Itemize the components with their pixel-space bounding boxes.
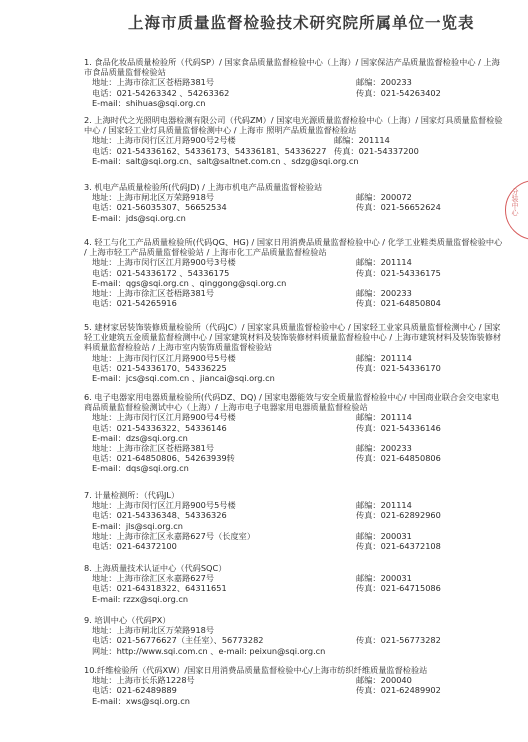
fax: 传真：021-54336170	[356, 363, 441, 373]
unit-entry-3: 3. 机电产品质量检验所(代码JD) / 上海市机电产品质量监督检验站 地址：上…	[84, 182, 504, 223]
phone: 电话：021-54336348、54336326	[92, 510, 227, 520]
unit-entry-2: 2. 上海时代之光照明电器检测有限公司（代码ZM）/ 国家电光源质量监督检验中心…	[84, 115, 504, 166]
address: 地址：上海市闸北区万荣路918号	[92, 192, 214, 202]
address: 地址：上海市长乐路1228号	[92, 675, 195, 685]
address-row: 地址：上海市闸北区万荣路918号邮编：200072	[84, 192, 504, 202]
unit-heading: 2. 上海时代之光照明电器检测有限公司（代码ZM）/ 国家电光源质量监督检验中心…	[84, 115, 504, 135]
address-row: 地址：上海市徐汇区苍梧路381号邮编：200233	[84, 443, 504, 453]
postcode: 邮编：200031	[356, 573, 412, 583]
fax: 传真：021-64850806	[356, 453, 441, 463]
unit-entry-9: 9. 培训中心（代码PX） 地址：上海市闸北区万荣路918号 电话：021-56…	[84, 615, 504, 656]
postcode: 邮编：200233	[356, 77, 412, 87]
fax: 传真：021-62892960	[356, 510, 441, 520]
phone-row: 电话：021-54265916传真：021-64850804	[84, 298, 504, 308]
email-row: E-mail：jds@sqi.org.cn	[84, 213, 504, 223]
address: 地址：上海市徐汇区苍梧路381号	[92, 77, 214, 87]
fax: 传真：021-56773282	[356, 635, 441, 645]
phone-row: 电话：021-54336162、54336173、54336181、543362…	[84, 146, 504, 156]
address-row: 地址：上海市闵行区江月路900号3号楼邮编：201114	[84, 257, 504, 267]
phone-row: 电话：021-54336322、54336146传真：021-54336146	[84, 423, 504, 433]
email-row: E-mail：xws@sqi.org.cn	[84, 696, 504, 706]
unit-heading: 10.纤维检验所（代码XW）/国家日用消费品质量监督检验中心/上海市纺织纤维质量…	[84, 665, 504, 675]
address: 地址：上海市闵行区江月路900号3号楼	[92, 257, 236, 267]
address-row: 地址：上海市徐汇区苍梧路381号邮编：200233	[84, 77, 504, 87]
fax: 传真：021-54337200	[334, 146, 419, 156]
unit-heading: 9. 培训中心（代码PX）	[84, 615, 504, 625]
postcode: 邮编：201114	[356, 500, 412, 510]
unit-heading: 1. 食品化妆品质量检验所（代码SP）/ 国家食品质量监督检验中心（上海）/ 国…	[84, 57, 504, 77]
phone: 电话：021-54336172 、54336175	[92, 268, 229, 278]
email-row: E-mail：dzs@sqi.org.cn	[84, 433, 504, 443]
email-row: E-mail：shihuas@sqi.org.cn	[84, 98, 504, 108]
postcode: 邮编：200040	[356, 675, 412, 685]
address: 地址：上海市闵行区江月路900号2号楼	[92, 135, 236, 145]
address-row: 地址：上海市徐汇区永嘉路627号邮编：200031	[84, 573, 504, 583]
unit-entry-8: 8. 上海质量技术认证中心（代码SQC） 地址：上海市徐汇区永嘉路627号邮编：…	[84, 563, 504, 604]
unit-entry-4: 4. 轻工与化工产品质量检验所(代码QG、HG) / 国家日用消费品质量监督检验…	[84, 237, 504, 308]
phone: 电话：021-54265916	[92, 298, 177, 308]
email: E-mail：qgs@sqi.org.cn 、qinggong@sqi.org.…	[92, 278, 286, 288]
address-row: 地址：上海市闵行区江月路900号5号楼邮编：201114	[84, 353, 504, 363]
unit-heading: 7. 计量检测所：（代码JL）	[84, 490, 504, 500]
phone: 电话：021-54336170、54336225	[92, 363, 227, 373]
email: E-mail：salt@sqi.org.cn、salt@saltnet.com.…	[92, 156, 359, 166]
fax: 传真：021-54263402	[356, 88, 441, 98]
phone-row: 电话：021-62489889传真：021-62489902	[84, 685, 504, 695]
unit-heading: 8. 上海质量技术认证中心（代码SQC）	[84, 563, 504, 573]
phone: 电话：021-64850806、54263939转	[92, 453, 235, 463]
website-row: 网址：http://www.sqi.com.cn 、e-mail: peixun…	[84, 646, 504, 656]
unit-heading: 3. 机电产品质量检验所(代码JD) / 上海市机电产品质量监督检验站	[84, 182, 504, 192]
address: 地址：上海市徐汇区苍梧路381号	[92, 288, 214, 298]
postcode: 邮编：201114	[356, 412, 412, 422]
postcode: 邮编：201114	[356, 257, 412, 267]
seal-stamp-text: 分装中心	[509, 188, 519, 216]
address: 地址：上海市闸北区万荣路918号	[92, 625, 214, 635]
page-title: 上海市质量监督检验技术研究院所属单位一览表	[128, 11, 468, 33]
address: 地址：上海市闵行区江月路900号5号楼	[92, 353, 236, 363]
email: E-mail：jls@sqi.org.cn	[92, 521, 183, 531]
phone: 电话：021-54263342 、54263362	[92, 88, 229, 98]
email-row: E-mail：jcs@sqi.com.cn 、jiancai@sqi.org.c…	[84, 373, 504, 383]
unit-entry-7: 7. 计量检测所：（代码JL） 地址：上海市闵行区江月路900号5号楼邮编：20…	[84, 490, 504, 551]
unit-heading: 6. 电子电器家用电器质量检验所(代码DZ、DQ) / 国家电器能效与安全质量监…	[84, 392, 504, 412]
phone: 电话：021-56776627（主任室）、56773282	[92, 635, 264, 645]
address: 地址：上海市徐汇区苍梧路381号	[92, 443, 214, 453]
address-row: 地址：上海市徐汇区永嘉路627号（长度室）邮编：200031	[84, 531, 504, 541]
phone: 电话：021-64372100	[92, 541, 177, 551]
email: E-mail：jcs@sqi.com.cn 、jiancai@sqi.org.c…	[92, 373, 275, 383]
fax: 传真：021-62489902	[356, 685, 441, 695]
email: E-mail: rzzx@sqi.org.cn	[92, 594, 188, 604]
unit-entry-10: 10.纤维检验所（代码XW）/国家日用消费品质量监督检验中心/上海市纺织纤维质量…	[84, 665, 504, 706]
email-row: E-mail：jls@sqi.org.cn	[84, 521, 504, 531]
unit-entry-1: 1. 食品化妆品质量检验所（代码SP）/ 国家食品质量监督检验中心（上海）/ 国…	[84, 57, 504, 108]
fax: 传真：021-54336175	[356, 268, 441, 278]
address: 地址：上海市徐汇区永嘉路627号	[92, 573, 214, 583]
postcode: 邮编：201114	[356, 353, 412, 363]
phone-row: 电话：021-56035307、56652534传真：021-56652624	[84, 202, 504, 212]
phone: 电话：021-54336322、54336146	[92, 423, 227, 433]
address-row: 地址：上海市闵行区江月路900号2号楼邮编：201114	[84, 135, 504, 145]
fax: 传真：021-64850804	[356, 298, 441, 308]
fax: 传真：021-54336146	[356, 423, 441, 433]
email-row: E-mail：qgs@sqi.org.cn 、qinggong@sqi.org.…	[84, 278, 504, 288]
phone-row: 电话：021-54336172 、54336175传真：021-54336175	[84, 268, 504, 278]
unit-heading: 4. 轻工与化工产品质量检验所(代码QG、HG) / 国家日用消费品质量监督检验…	[84, 237, 504, 257]
address-row: 地址：上海市闵行区江月路900号4号楼邮编：201114	[84, 412, 504, 422]
phone-row: 电话：021-64850806、54263939转传真：021-64850806	[84, 453, 504, 463]
address: 地址：上海市徐汇区永嘉路627号（长度室）	[92, 531, 255, 541]
phone-row: 电话：021-54336348、54336326传真：021-62892960	[84, 510, 504, 520]
fax: 传真：021-56652624	[356, 202, 441, 212]
address-row: 地址：上海市闸北区万荣路918号	[84, 625, 504, 635]
phone-row: 电话：021-54263342 、54263362传真：021-54263402	[84, 88, 504, 98]
address: 地址：上海市闵行区江月路900号5号楼	[92, 500, 236, 510]
fax: 传真：021-64372108	[356, 541, 441, 551]
unit-heading: 5. 建材家居装饰装修质量检验所（代码JC）/ 国家家具质量监督检验中心 / 国…	[84, 322, 504, 353]
fax: 传真：021-64715086	[356, 583, 441, 593]
postcode: 邮编：201114	[334, 135, 390, 145]
email-row: E-mail：salt@sqi.org.cn、salt@saltnet.com.…	[84, 156, 504, 166]
email: E-mail：dqs@sqi.org.cn	[92, 463, 189, 473]
website: 网址：http://www.sqi.com.cn 、e-mail: peixun…	[92, 646, 325, 656]
phone-row: 电话：021-64318322、64311651传真：021-64715086	[84, 583, 504, 593]
address-row: 地址：上海市徐汇区苍梧路381号邮编：200233	[84, 288, 504, 298]
email-row: E-mail：dqs@sqi.org.cn	[84, 463, 504, 473]
address: 地址：上海市闵行区江月路900号4号楼	[92, 412, 236, 422]
email: E-mail：jds@sqi.org.cn	[92, 213, 186, 223]
phone-row: 电话：021-64372100传真：021-64372108	[84, 541, 504, 551]
phone-row: 电话：021-54336170、54336225传真：021-54336170	[84, 363, 504, 373]
postcode: 邮编：200233	[356, 288, 412, 298]
phone: 电话：021-56035307、56652534	[92, 202, 227, 212]
phone: 电话：021-64318322、64311651	[92, 583, 227, 593]
unit-entry-5: 5. 建材家居装饰装修质量检验所（代码JC）/ 国家家具质量监督检验中心 / 国…	[84, 322, 504, 383]
email: E-mail：shihuas@sqi.org.cn	[92, 98, 206, 108]
postcode: 邮编：200072	[356, 192, 412, 202]
phone: 电话：021-54336162、54336173、54336181、543362…	[92, 146, 326, 156]
phone-row: 电话：021-56776627（主任室）、56773282传真：021-5677…	[84, 635, 504, 645]
postcode: 邮编：200031	[356, 531, 412, 541]
address-row: 地址：上海市长乐路1228号邮编：200040	[84, 675, 504, 685]
unit-entry-6: 6. 电子电器家用电器质量检验所(代码DZ、DQ) / 国家电器能效与安全质量监…	[84, 392, 504, 474]
email-row: E-mail: rzzx@sqi.org.cn	[84, 594, 504, 604]
email: E-mail：dzs@sqi.org.cn	[92, 433, 188, 443]
phone: 电话：021-62489889	[92, 685, 177, 695]
email: E-mail：xws@sqi.org.cn	[92, 696, 190, 706]
address-row: 地址：上海市闵行区江月路900号5号楼邮编：201114	[84, 500, 504, 510]
postcode: 邮编：200233	[356, 443, 412, 453]
